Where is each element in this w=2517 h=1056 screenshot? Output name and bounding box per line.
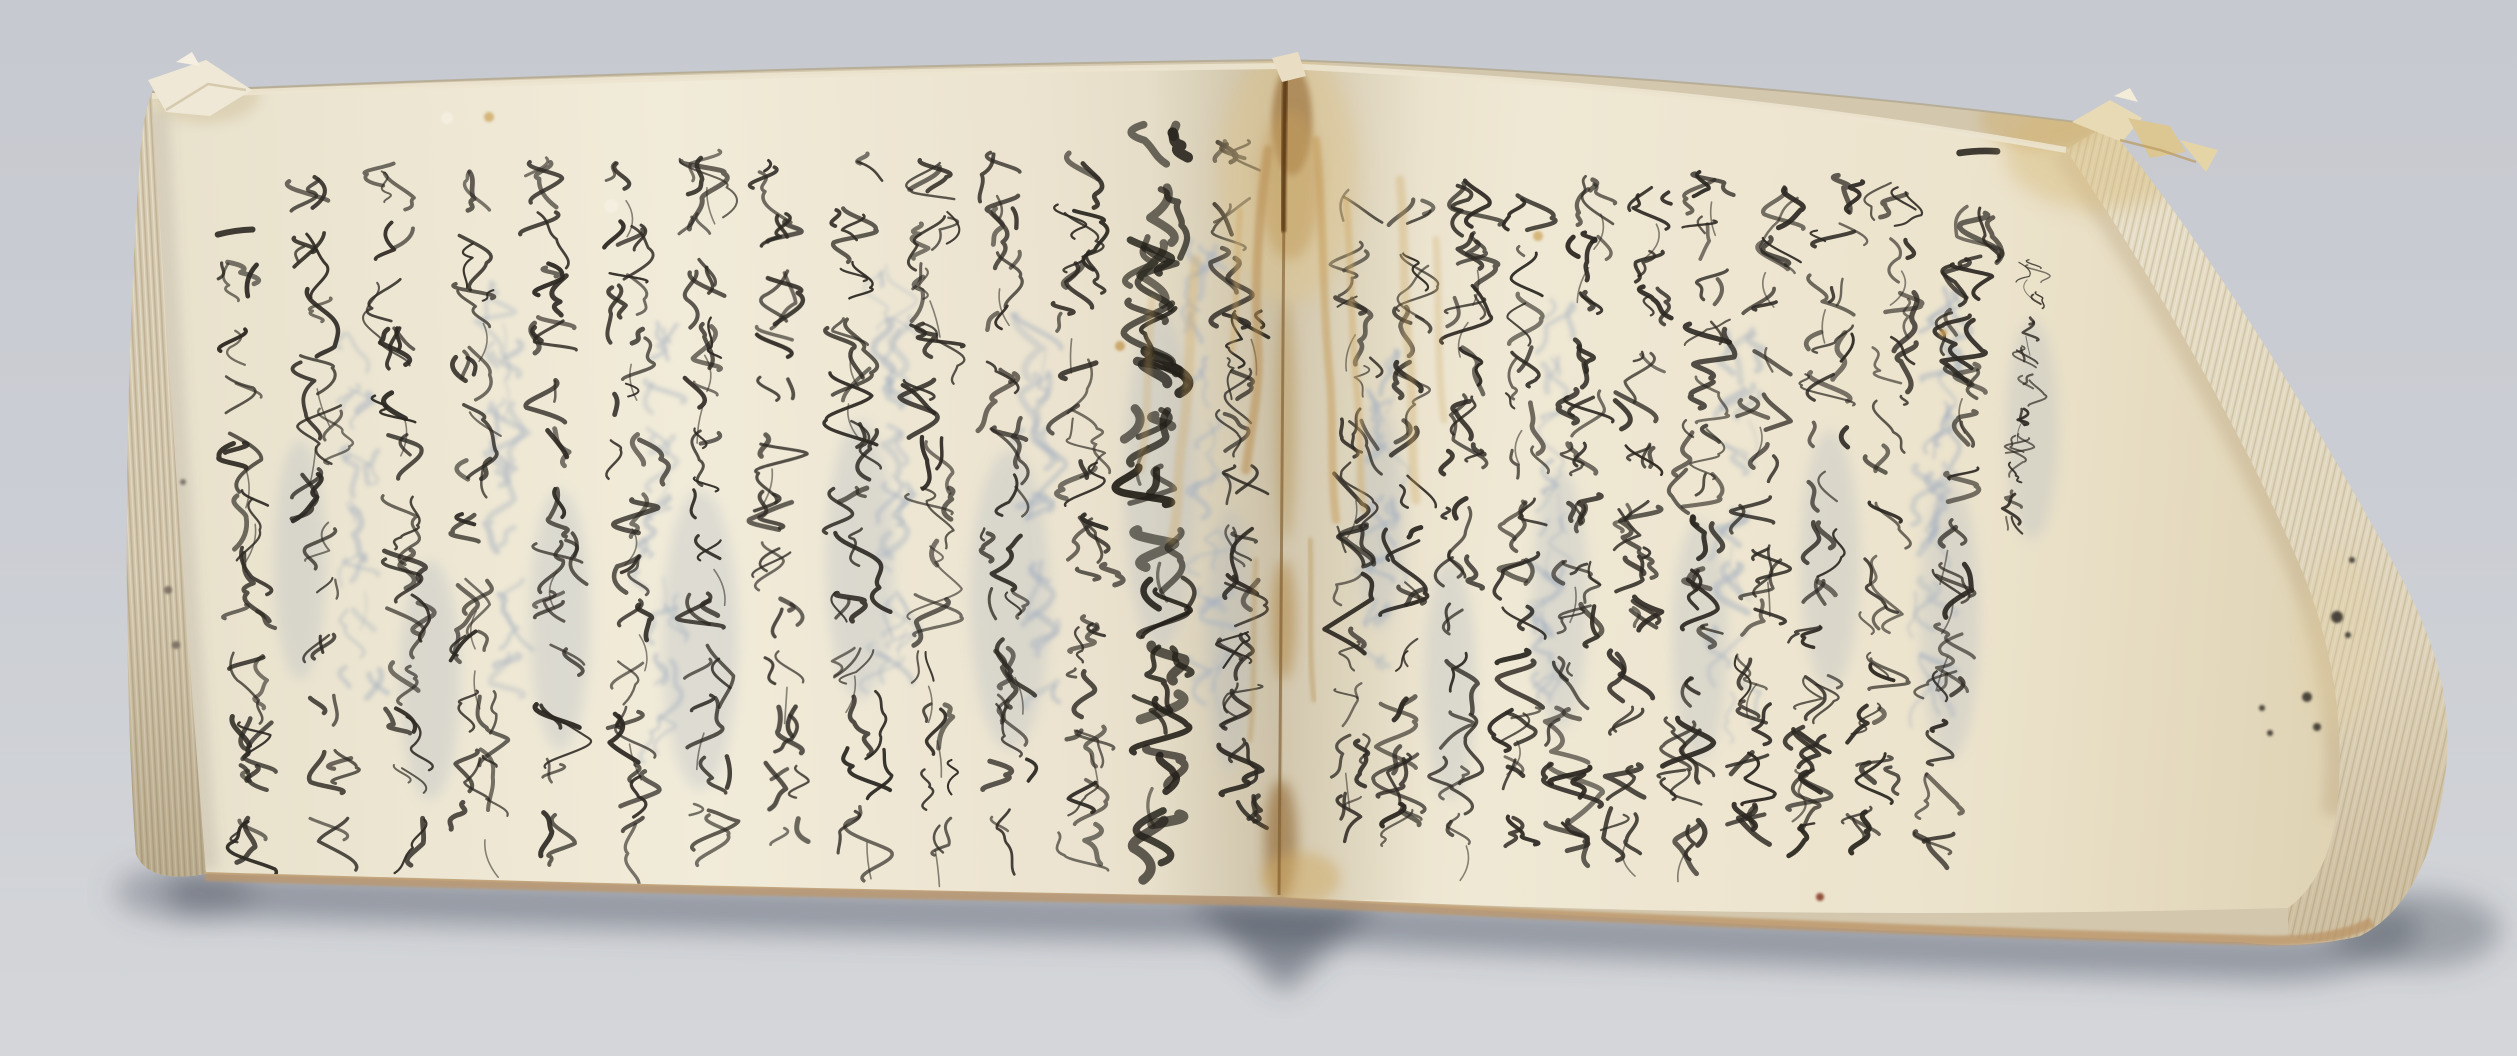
manuscript-photograph [0,0,2517,1056]
stain-blob [1272,560,1296,680]
paper-speck [1115,341,1125,351]
paper-speck [164,586,172,594]
photo-of-open-manuscript [0,0,2517,1056]
paper-speck [604,199,618,213]
ink-spot [2331,611,2343,623]
paper-speck [180,479,186,485]
glyph-stroke [1737,564,1739,574]
paper-speck [1816,893,1824,901]
paper-speck [441,112,453,124]
ink-spot [2259,705,2265,711]
glyph-stroke [554,381,556,401]
glyph-stroke [614,394,617,415]
ink-spot [2345,632,2351,638]
paper-speck [1939,329,1947,337]
paper-speck [172,641,180,649]
stain-blob [2300,550,2380,730]
ink-spot [2313,723,2321,731]
stain-blob [1276,300,1296,540]
ink-spot [2349,557,2355,563]
gutter-crease-dark [1283,70,1286,232]
show-through-patch [1424,560,1476,800]
glyph-stroke [1057,314,1061,332]
ink-spot [2302,692,2312,702]
paper-speck [484,112,494,122]
show-through-patch [1800,430,1860,690]
ink-spot [2267,730,2273,736]
paper-speck [1533,231,1543,241]
stain-blob [1260,852,1340,904]
